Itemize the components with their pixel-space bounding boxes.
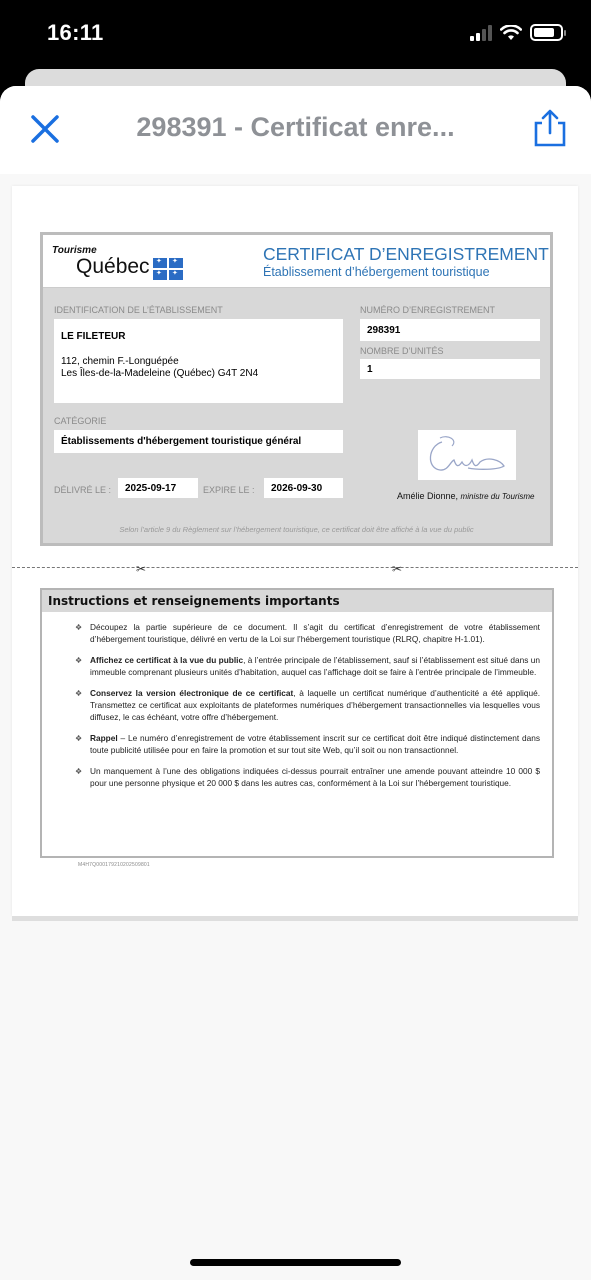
certificate-footer-note: Selon l’article 9 du Règlement sur l’héb… [43, 525, 550, 534]
instruction-emphasis: Conservez la version électronique de ce … [90, 688, 293, 698]
signature-image [418, 430, 516, 480]
registration-number-label: NUMÉRO D’ENREGISTREMENT [360, 305, 495, 315]
issued-date: 2025-09-17 [118, 478, 198, 498]
establishment-name: LE FILETEUR [61, 331, 125, 342]
category-label: CATÉGORIE [54, 416, 106, 426]
certificate-header: Tourisme Québec CERTIFICAT D’ENREGISTREM… [43, 235, 550, 288]
quebec-flag-icon [153, 258, 183, 280]
instructions-list: Découpez la partie supérieure de ce docu… [42, 612, 552, 790]
page-separator [12, 916, 578, 921]
units-value: 1 [360, 359, 540, 379]
document-code: M4H7Q000179210202509801 [78, 862, 150, 868]
expires-label: EXPIRE LE : [203, 485, 255, 495]
instruction-text: – Le numéro d’enregistrement de votre ét… [90, 733, 540, 755]
instruction-item: Affichez ce certificat à la vue du publi… [90, 655, 540, 678]
signer-title: ministre du Tourisme [461, 492, 535, 501]
signer-name: Amélie Dionne, [397, 491, 458, 501]
battery-icon [530, 24, 563, 41]
navigation-bar: 298391 - Certificat enre... [0, 86, 591, 174]
expiry-date: 2026-09-30 [264, 478, 343, 498]
instruction-item: Un manquement à l’une des obligations in… [90, 766, 540, 789]
address-line-1: 112, chemin F.-Longuépée [61, 356, 179, 368]
instructions-box: Instructions et renseignements important… [40, 588, 554, 858]
home-indicator[interactable] [190, 1259, 401, 1266]
category-value: Établissements d'hébergement touristique… [54, 430, 343, 453]
signer: Amélie Dionne, ministre du Tourisme [397, 491, 535, 501]
scissors-icon: ✂ [136, 562, 146, 576]
instruction-text: Un manquement à l’une des obligations in… [90, 766, 540, 788]
instructions-heading: Instructions et renseignements important… [42, 590, 552, 612]
document-viewer-sheet: 298391 - Certificat enre... Tourisme Qué… [0, 86, 591, 1280]
identification-label: IDENTIFICATION DE L’ÉTABLISSEMENT [54, 305, 223, 315]
scissors-icon: ✂ [392, 562, 402, 576]
document-title: 298391 - Certificat enre... [0, 112, 591, 143]
wifi-icon [500, 25, 522, 41]
status-bar: 16:11 [0, 0, 591, 70]
share-icon[interactable] [533, 108, 567, 148]
instruction-item: Conservez la version électronique de ce … [90, 688, 540, 723]
registration-certificate: Tourisme Québec CERTIFICAT D’ENREGISTREM… [40, 232, 553, 546]
instruction-emphasis: Affichez ce certificat à la vue du publi… [90, 655, 243, 665]
tourisme-quebec-logo: Tourisme Québec [52, 245, 97, 256]
establishment-box: LE FILETEUR 112, chemin F.-Longuépée Les… [54, 319, 343, 403]
registration-number: 298391 [360, 319, 540, 341]
pdf-page: Tourisme Québec CERTIFICAT D’ENREGISTREM… [12, 186, 578, 916]
status-time: 16:11 [47, 20, 104, 46]
instruction-item: Rappel – Le numéro d’enregistrement de v… [90, 733, 540, 756]
status-icons [470, 24, 563, 41]
units-label: NOMBRE D’UNITÉS [360, 346, 444, 356]
cellular-signal-icon [470, 25, 492, 41]
certificate-title: CERTIFICAT D’ENREGISTREMENT [263, 244, 549, 265]
cut-line [12, 567, 578, 568]
logo-quebec-text: Québec [76, 255, 150, 279]
instruction-item: Découpez la partie supérieure de ce docu… [90, 622, 540, 645]
issued-label: DÉLIVRÉ LE : [54, 485, 111, 495]
certificate-subtitle: Établissement d’hébergement touristique [263, 265, 490, 279]
instruction-text: Découpez la partie supérieure de ce docu… [90, 622, 540, 644]
address-line-2: Les Îles-de-la-Madeleine (Québec) G4T 2N… [61, 368, 258, 380]
instruction-emphasis: Rappel [90, 733, 118, 743]
